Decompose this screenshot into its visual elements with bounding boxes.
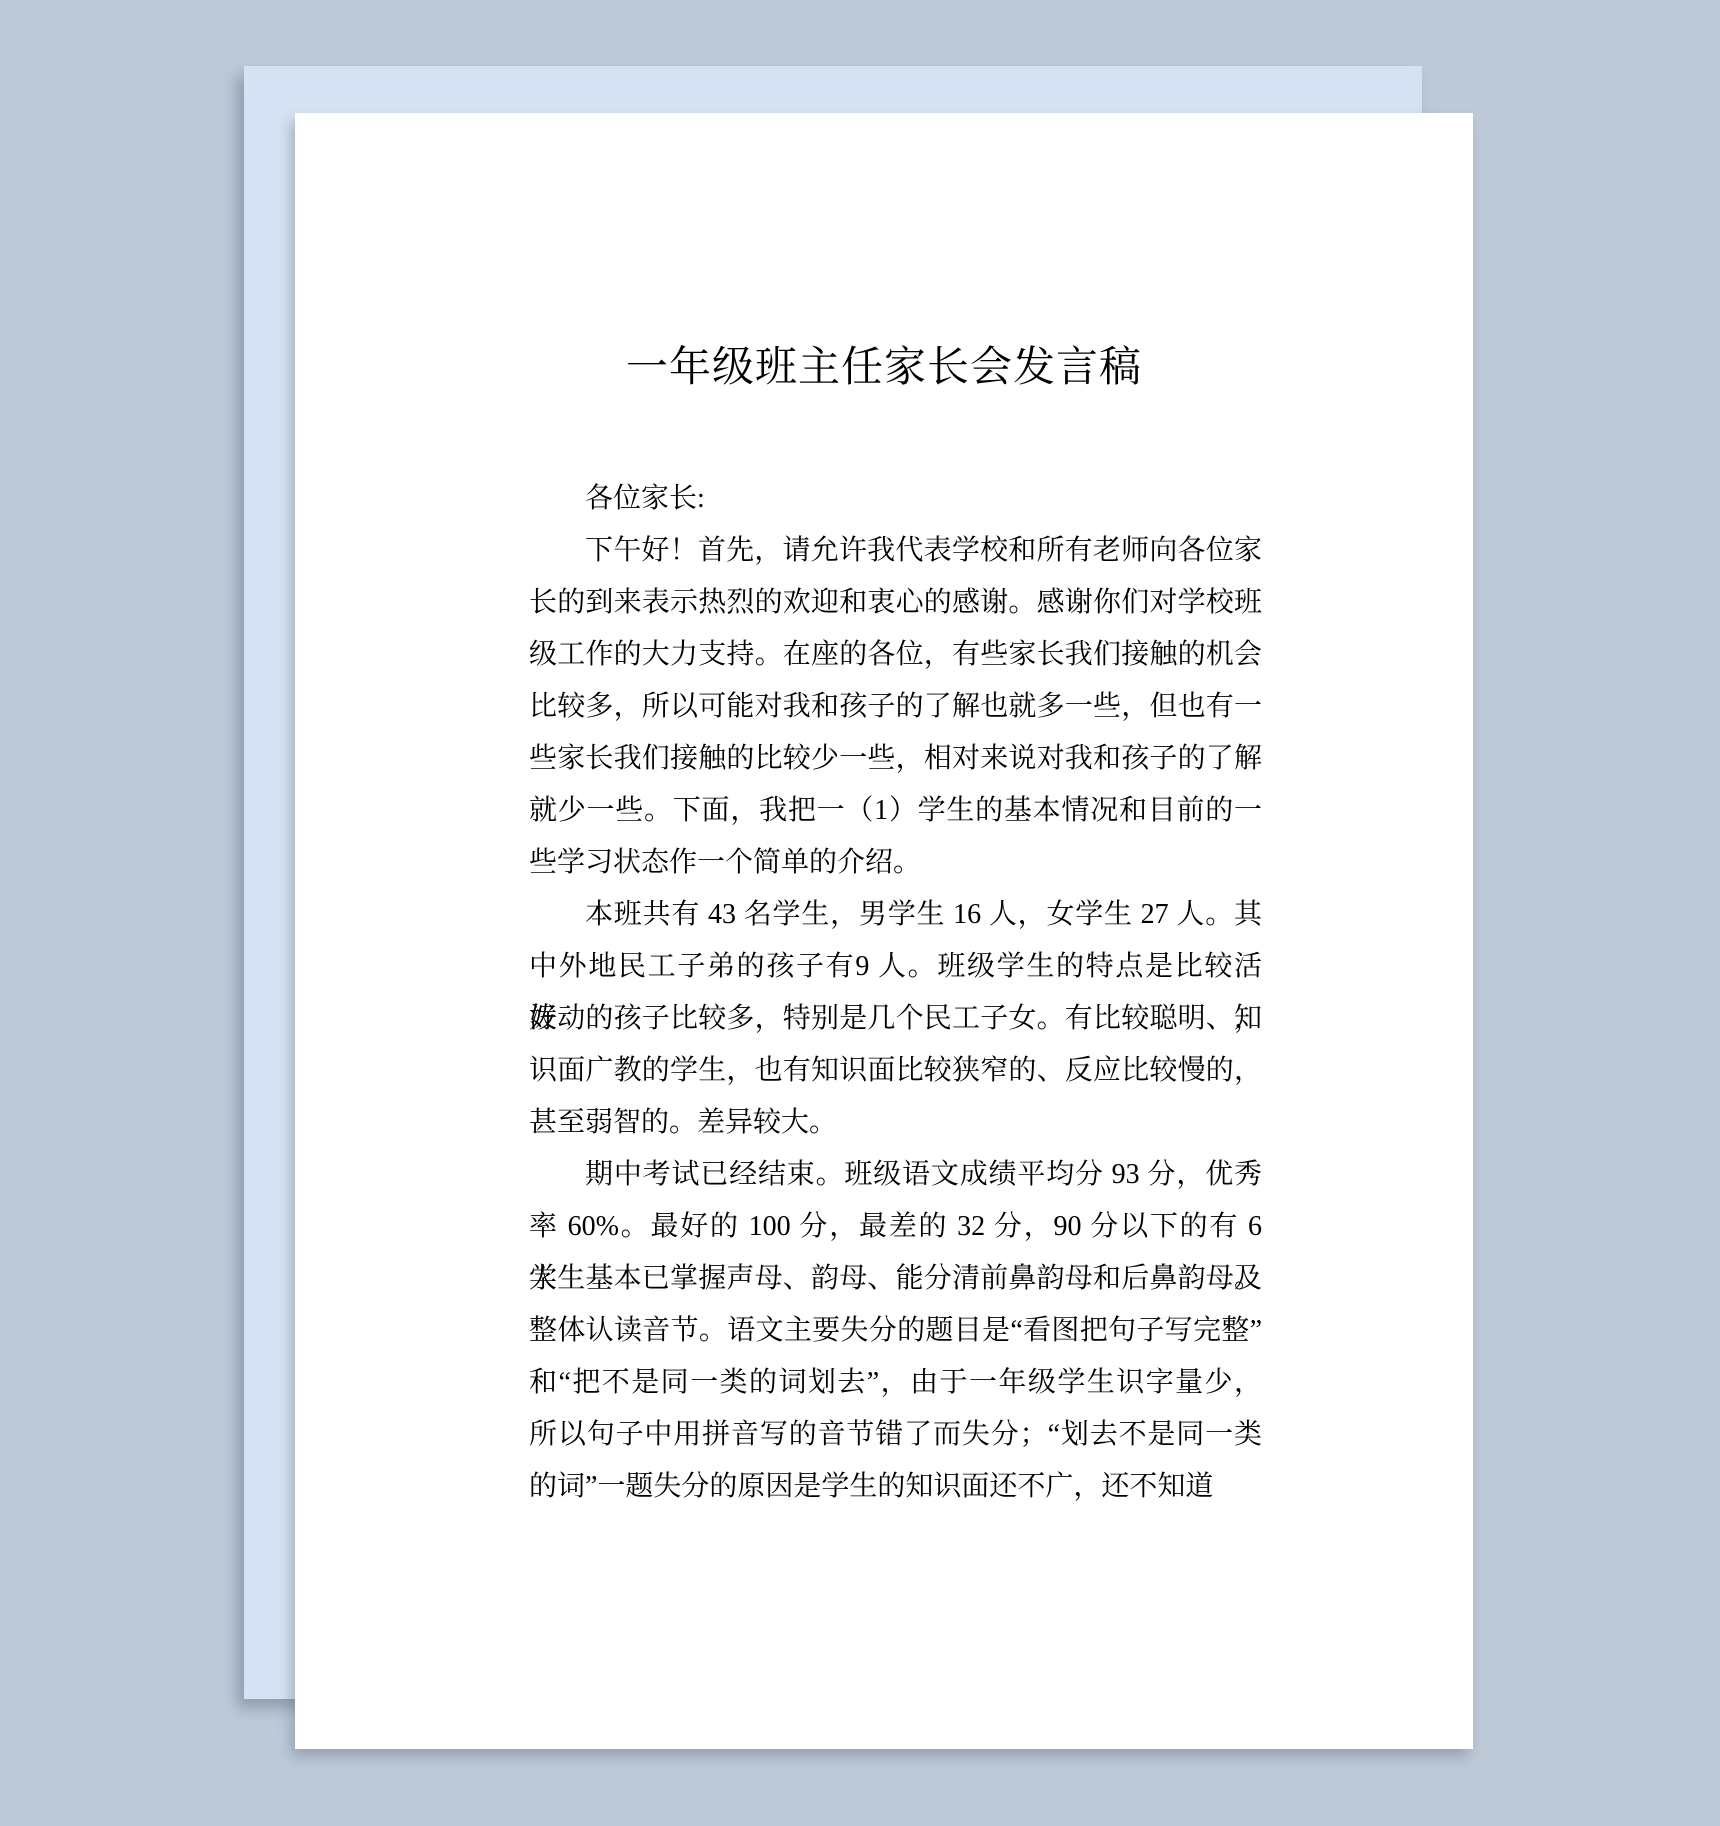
document-title: 一年级班主任家长会发言稿 xyxy=(295,342,1473,394)
text-line: 好动的孩子比较多，特别是几个民工子女。有比较聪明、知 xyxy=(529,993,1262,1045)
text-line: 各位家长: xyxy=(529,473,1262,525)
text-line: 的词”一题失分的原因是学生的知识面还不广，还不知道 xyxy=(529,1461,1262,1513)
text-line: 期中考试已经结束。班级语文成绩平均分 93 分，优秀 xyxy=(529,1149,1262,1201)
text-line: 些家长我们接触的比较少一些，相对来说对我和孩子的了解 xyxy=(529,733,1262,785)
text-line: 下午好！首先，请允许我代表学校和所有老师向各位家 xyxy=(529,525,1262,577)
text-line: 整体认读音节。语文主要失分的题目是“看图把句子写完整” xyxy=(529,1305,1262,1357)
text-line: 长的到来表示热烈的欢迎和衷心的感谢。感谢你们对学校班 xyxy=(529,577,1262,629)
text-line: 本班共有 43 名学生，男学生 16 人，女学生 27 人。其 xyxy=(529,889,1262,941)
text-line: 学生基本已掌握声母、韵母、能分清前鼻韵母和后鼻韵母及 xyxy=(529,1253,1262,1305)
text-line: 比较多，所以可能对我和孩子的了解也就多一些，但也有一 xyxy=(529,681,1262,733)
text-line: 些学习状态作一个简单的介绍。 xyxy=(529,837,1262,889)
text-line: 甚至弱智的。差异较大。 xyxy=(529,1097,1262,1149)
text-line: 和“把不是同一类的词划去”，由于一年级学生识字量少， xyxy=(529,1357,1262,1409)
text-line: 级工作的大力支持。在座的各位，有些家长我们接触的机会 xyxy=(529,629,1262,681)
text-line: 所以句子中用拼音写的音节错了而失分；“划去不是同一类 xyxy=(529,1409,1262,1461)
text-line: 就少一些。下面，我把一（1）学生的基本情况和目前的一 xyxy=(529,785,1262,837)
document-body: 各位家长:下午好！首先，请允许我代表学校和所有老师向各位家长的到来表示热烈的欢迎… xyxy=(529,473,1262,1513)
text-line: 率 60%。最好的 100 分，最差的 32 分，90 分以下的有 6 人。 xyxy=(529,1201,1262,1253)
text-line: 中外地民工子弟的孩子有9 人。班级学生的特点是比较活泼， xyxy=(529,941,1262,993)
text-line: 识面广教的学生，也有知识面比较狭窄的、反应比较慢的， xyxy=(529,1045,1262,1097)
document-page: 一年级班主任家长会发言稿 各位家长:下午好！首先，请允许我代表学校和所有老师向各… xyxy=(295,113,1473,1749)
desk-background: { "colors": { "background": "#becad8", "… xyxy=(0,0,1720,1826)
